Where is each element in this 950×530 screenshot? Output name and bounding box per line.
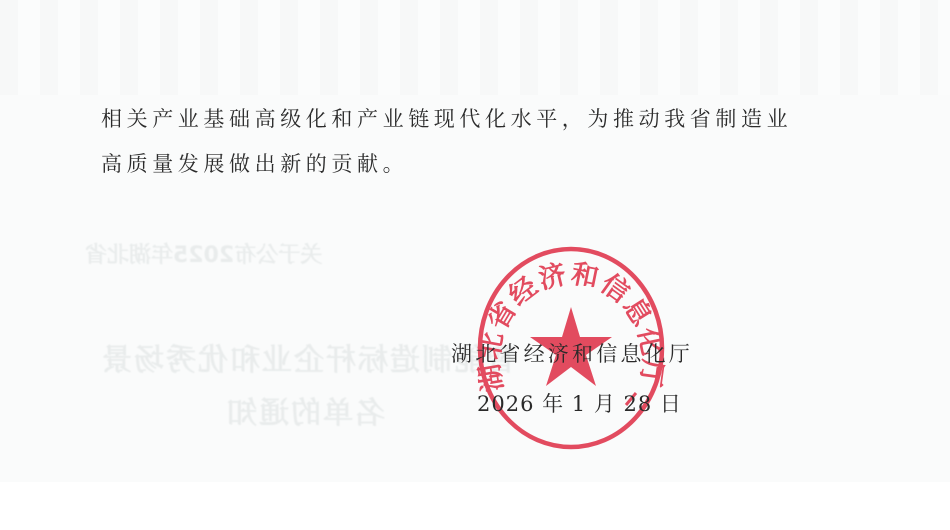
document-page: 关于公布2025年湖北省 智能制造标杆企业和优秀场景 名单的通知 相关产业基础高…	[0, 0, 950, 482]
body-paragraph-line: 相关产业基础高级化和产业链现代化水平，为推动我省制造业	[101, 103, 792, 133]
show-through-text: 关于公布2025年湖北省	[85, 238, 322, 269]
page-margin	[0, 482, 950, 530]
issuing-organization: 湖北省经济和信息化厅	[451, 338, 693, 368]
body-paragraph-line: 高质量发展做出新的贡献。	[101, 148, 408, 178]
issue-date: 2026 年 1 月 28 日	[477, 388, 682, 418]
scan-artifact	[0, 0, 950, 95]
show-through-text: 名单的通知	[225, 388, 385, 432]
